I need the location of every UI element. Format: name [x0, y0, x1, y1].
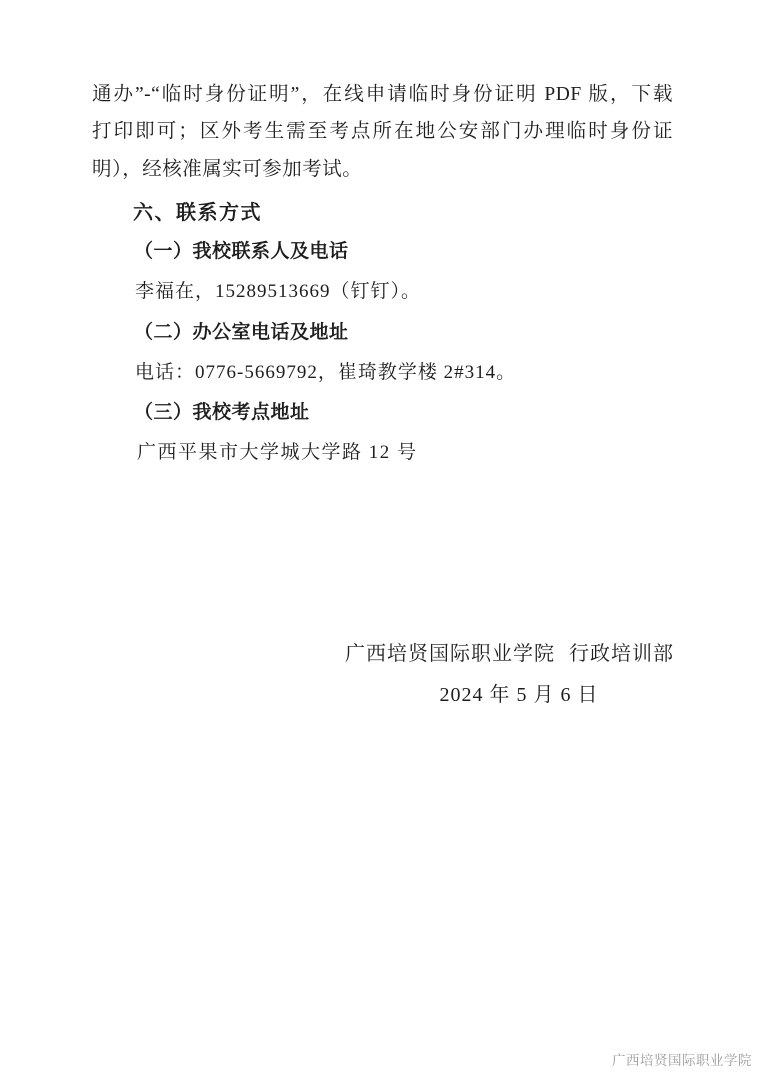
signature-organization: 广西培贤国际职业学院 行政培训部 [345, 637, 665, 666]
signature-date: 2024 年 5 月 6 日 [345, 678, 679, 707]
subheading-exam-site-address: （三）我校考点地址 [134, 402, 310, 424]
document-page: 通办”-“临时身份证明”，在线申请临时身份证明 PDF 版，下载 打印即可；区外… [0, 0, 764, 1080]
section-heading-contact: 六、联系方式 [133, 202, 262, 224]
watermark-school-name: 广西培贤国际职业学院 [612, 1049, 752, 1069]
office-phone-line: 电话：0776-5669792，崔琦教学楼 2#314。 [135, 362, 516, 384]
paragraph-line: 打印即可；区外考生需至考点所在地公安部门办理临时身份证 [92, 121, 673, 143]
contact-person-line: 李福在，15289513669（钉钉）。 [135, 281, 421, 303]
subheading-contact-person: （一）我校联系人及电话 [134, 241, 349, 263]
exam-site-address-line: 广西平果市大学城大学路 12 号 [137, 442, 418, 464]
paragraph-line: 通办”-“临时身份证明”，在线申请临时身份证明 PDF 版，下载 [92, 84, 673, 106]
subheading-office-phone-address: （二）办公室电话及地址 [134, 322, 349, 344]
paragraph-line: 明），经核准属实可参加考试。 [92, 159, 673, 181]
